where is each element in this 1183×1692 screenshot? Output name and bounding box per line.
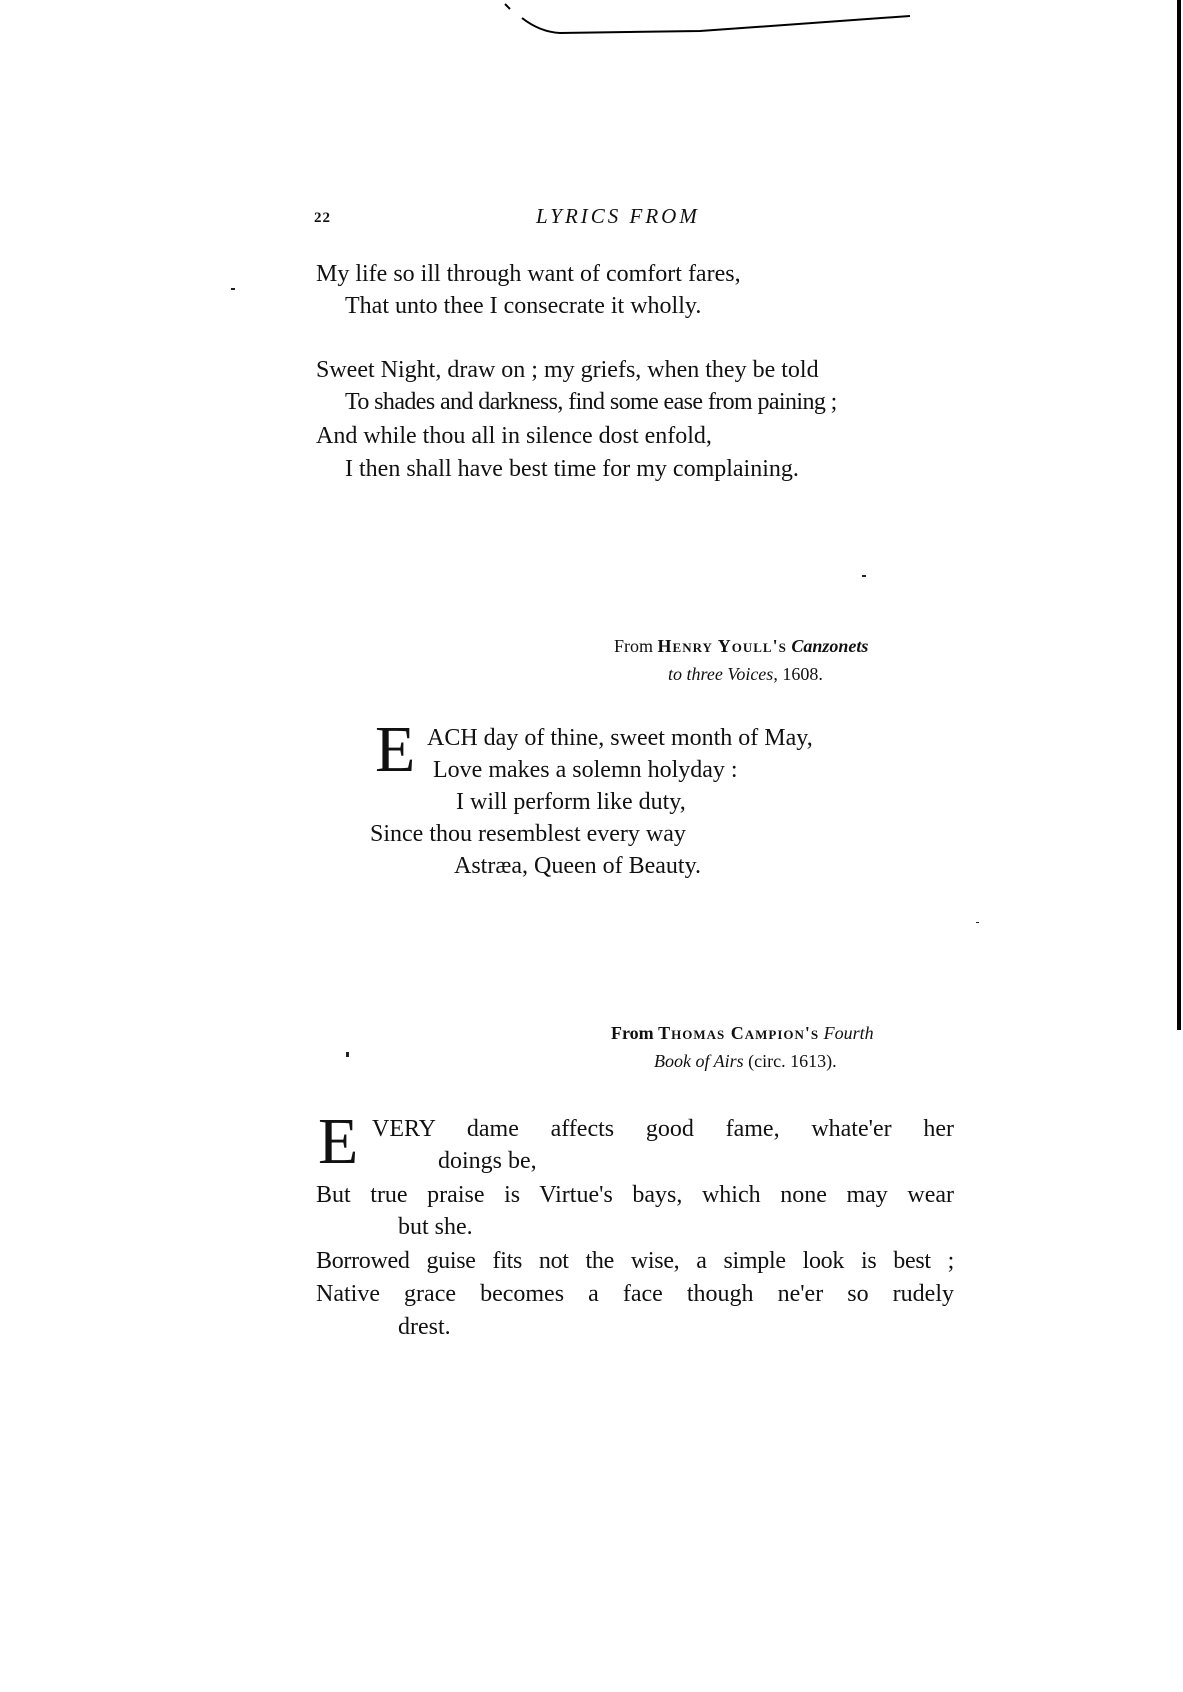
attribution-prefix: From [611, 1023, 658, 1043]
attribution-author: Henry Youll's [658, 636, 787, 656]
attribution-work-cont: Book of Airs [654, 1051, 744, 1071]
attribution-campion-line2: Book of Airs (circ. 1613). [654, 1051, 837, 1072]
verse-line: Love makes a solemn holyday : [433, 754, 738, 787]
verse-line: Borrowed guise fits not the wise, a simp… [316, 1245, 954, 1278]
verse-line: Astræa, Queen of Beauty. [454, 850, 701, 883]
verse-line: That unto thee I consecrate it wholly. [345, 290, 701, 323]
verse-line: I will perform like duty, [456, 786, 686, 819]
attribution-campion: From Thomas Campion's Fourth [611, 1023, 874, 1044]
scan-speck [346, 1052, 349, 1057]
verse-line: My life so ill through want of comfort f… [316, 258, 741, 291]
scan-speck [862, 575, 866, 577]
scan-artifact-curve [0, 0, 1183, 60]
scan-speck [976, 922, 979, 923]
verse-line: drest. [398, 1311, 451, 1344]
page-number: 22 [314, 210, 331, 227]
attribution-work: Canzonets [791, 636, 868, 656]
drop-cap: E [375, 720, 415, 780]
running-head: LYRICS FROM [536, 204, 700, 229]
drop-cap: E [318, 1112, 358, 1172]
attribution-date: (circ. 1613). [744, 1051, 837, 1071]
page-edge-rule [1177, 0, 1181, 1030]
verse-line: Since thou resemblest every way [370, 818, 686, 851]
attribution-youll: From Henry Youll's Canzonets [614, 636, 868, 657]
attribution-year: , 1608. [773, 664, 823, 684]
attribution-work: Fourth [824, 1023, 874, 1043]
attribution-youll-line2: to three Voices, 1608. [668, 664, 823, 685]
verse-line: ACH day of thine, sweet month of May, [427, 722, 813, 755]
verse-line: Native grace becomes a face though ne'er… [316, 1278, 954, 1311]
verse-line: VERY dame affects good fame, whate'er he… [372, 1113, 954, 1146]
attribution-prefix: From [614, 636, 658, 656]
verse-line: But true praise is Virtue's bays, which … [316, 1179, 954, 1212]
verse-line: doings be, [438, 1145, 537, 1178]
attribution-author: Thomas Campion's [658, 1023, 819, 1043]
scan-speck [231, 288, 235, 290]
verse-line: To shades and darkness, find some ease f… [345, 386, 837, 419]
attribution-work-cont: to three Voices [668, 664, 773, 684]
verse-line: Sweet Night, draw on ; my griefs, when t… [316, 354, 819, 387]
verse-line: but she. [398, 1211, 473, 1244]
verse-line: I then shall have best time for my compl… [345, 453, 799, 486]
verse-line: And while thou all in silence dost enfol… [316, 420, 712, 453]
